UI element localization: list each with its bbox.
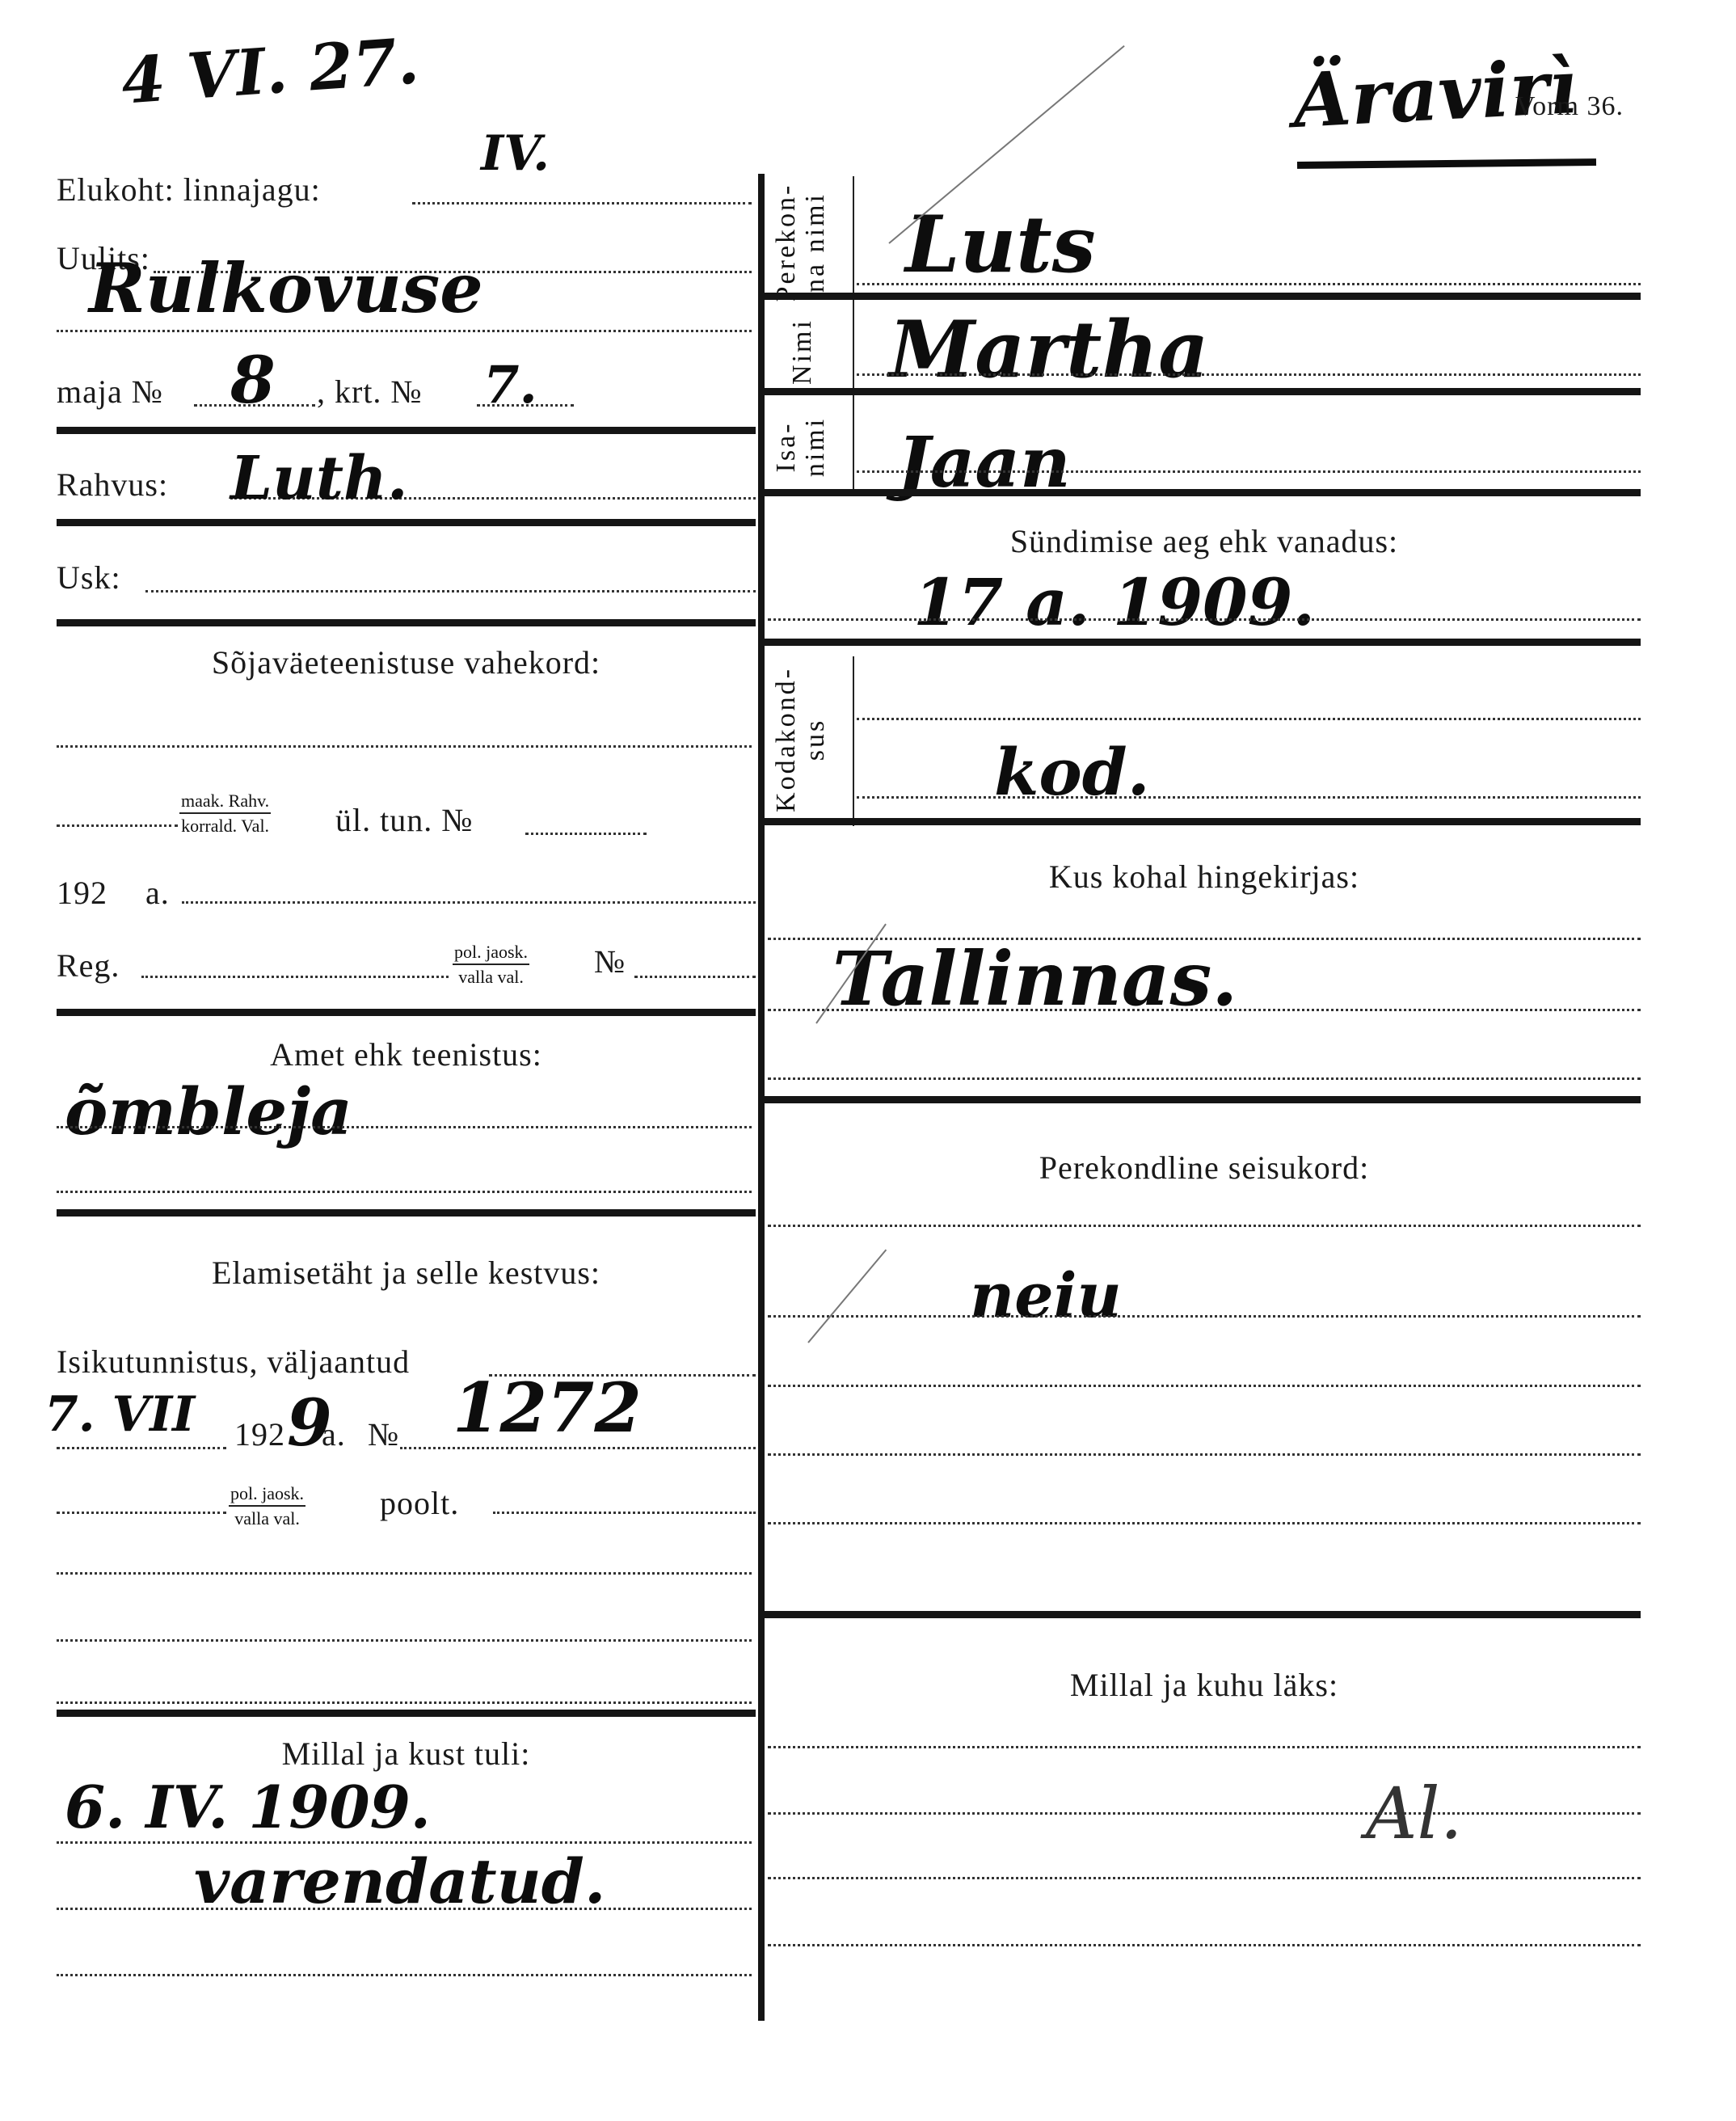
marital-line-2 xyxy=(768,1315,1641,1318)
reg-fraction-bottom: valla val. xyxy=(453,965,529,987)
usk-line xyxy=(145,590,756,592)
uulits-line-2 xyxy=(57,330,752,332)
amet-value[interactable]: õmbleja xyxy=(65,1079,352,1144)
elamiseluba-line-4 xyxy=(57,1639,752,1642)
title-underline xyxy=(1297,158,1596,169)
rule-right-2 xyxy=(764,388,1641,395)
military-ul-tun: ül. tun. № xyxy=(335,804,473,837)
name-line xyxy=(857,373,1641,376)
father-value[interactable]: Jaan xyxy=(897,428,1071,498)
krt-value[interactable]: 7. xyxy=(483,360,537,411)
name-side-label: Nimi xyxy=(788,307,817,396)
maja-value[interactable]: 8 xyxy=(230,348,276,412)
rule-left-4 xyxy=(57,1009,756,1016)
reg-line-2 xyxy=(634,976,756,978)
military-fraction-top: maak. Rahv. xyxy=(179,791,271,814)
father-line xyxy=(857,470,1641,473)
arrival-line-1 xyxy=(57,1841,752,1844)
rule-right-1 xyxy=(764,293,1641,300)
rule-right-5 xyxy=(764,818,1641,825)
poolt-fraction: pol. jaosk. valla val. xyxy=(229,1483,305,1529)
poolt-line-1 xyxy=(57,1512,226,1514)
surname-line xyxy=(857,283,1641,285)
arrival-line-3 xyxy=(57,1974,752,1976)
registry-line-3 xyxy=(768,1077,1641,1080)
birth-heading: Sündimise aeg ehk vanadus: xyxy=(768,525,1641,558)
year-line xyxy=(182,901,756,904)
maja-label: maja № xyxy=(57,376,163,408)
birth-line xyxy=(768,618,1641,621)
surname-value[interactable]: Luts xyxy=(905,206,1096,284)
isikutunnistus-label: Isikutunnistus, väljaantud xyxy=(57,1346,410,1378)
reg-fraction-top: pol. jaosk. xyxy=(453,942,529,965)
name-block-inner-divider xyxy=(853,176,854,495)
rule-right-3 xyxy=(764,489,1641,496)
marital-line-1 xyxy=(768,1225,1641,1227)
elamiseluba-line-5 xyxy=(57,1701,752,1704)
rule-left-2 xyxy=(57,519,756,526)
isikutunnistus-no-value[interactable]: 1272 xyxy=(453,1374,642,1442)
registry-line-2 xyxy=(768,1009,1641,1011)
isikutunnistus-no-label: № xyxy=(368,1419,399,1451)
citizenship-line-1 xyxy=(857,718,1641,720)
departure-line-1 xyxy=(768,1746,1641,1748)
isikutunnistus-a: a. xyxy=(322,1419,346,1451)
reg-fraction: pol. jaosk. valla val. xyxy=(453,942,529,988)
arrival-date[interactable]: 6. IV. 1909. xyxy=(65,1778,431,1836)
arrival-line-2 xyxy=(57,1908,752,1910)
rule-right-7 xyxy=(764,1611,1641,1618)
year-suffix: a. xyxy=(145,877,170,909)
usk-label: Usk: xyxy=(57,562,121,594)
military-line-1 xyxy=(57,745,752,748)
pencil-flourish-marital xyxy=(807,1249,887,1343)
citizenship-line-2 xyxy=(857,796,1641,799)
citizenship-side-label: Kodakond- sus xyxy=(772,663,829,816)
departure-line-2 xyxy=(768,1812,1641,1815)
registry-heading: Kus kohal hingekirjas: xyxy=(768,861,1641,893)
reg-line-1 xyxy=(141,976,449,978)
rule-left-5 xyxy=(57,1209,756,1217)
rule-right-4 xyxy=(764,639,1641,646)
krt-label: , krt. № xyxy=(317,376,423,408)
departure-line-3 xyxy=(768,1877,1641,1879)
reg-label: Reg. xyxy=(57,950,120,982)
rahvus-value[interactable]: Luth. xyxy=(230,449,408,508)
surname-side-label: Perekon- na nimi xyxy=(772,178,829,307)
poolt-label: poolt. xyxy=(380,1487,459,1520)
poolt-line-2 xyxy=(493,1512,756,1514)
poolt-fraction-top: pol. jaosk. xyxy=(229,1483,305,1507)
rule-right-6 xyxy=(764,1096,1641,1103)
top-date-handwritten: 4 VI. 27. xyxy=(120,30,421,114)
military-line-2b xyxy=(525,833,647,835)
form-number: Vorm 36. xyxy=(1515,93,1624,120)
year-prefix: 192 xyxy=(57,877,107,909)
departure-line-4 xyxy=(768,1944,1641,1946)
rule-left-6 xyxy=(57,1710,756,1717)
amet-heading: Amet ehk teenistus: xyxy=(57,1039,756,1071)
arrival-heading: Millal ja kust tuli: xyxy=(57,1738,756,1770)
name-value[interactable]: Martha xyxy=(889,311,1208,389)
rahvus-label: Rahvus: xyxy=(57,469,168,501)
rule-left-3 xyxy=(57,619,756,626)
elukoht-label: Elukoht: linnajagu: xyxy=(57,174,321,206)
elukoht-line xyxy=(412,202,752,205)
amet-line-2 xyxy=(57,1191,752,1193)
isikutunnistus-date[interactable]: 7. VII xyxy=(44,1390,195,1439)
marital-line-3 xyxy=(768,1385,1641,1387)
reg-no: № xyxy=(594,946,626,978)
uulits-value[interactable]: Rulkovuse xyxy=(89,255,483,323)
military-heading: Sõjaväeteenistuse vahekord: xyxy=(57,647,756,679)
arrival-place[interactable]: varendatud. xyxy=(194,1851,605,1912)
citizenship-value[interactable]: kod. xyxy=(994,740,1150,804)
military-line-2a xyxy=(57,824,178,827)
departure-mark[interactable]: Al. xyxy=(1366,1778,1463,1849)
registry-value[interactable]: Tallinnas. xyxy=(832,942,1237,1016)
father-side-label: Isa- nimi xyxy=(772,403,829,491)
marital-line-5 xyxy=(768,1522,1641,1524)
marital-line-4 xyxy=(768,1453,1641,1456)
amet-line-1 xyxy=(57,1126,752,1128)
elamiseluba-line-3 xyxy=(57,1572,752,1575)
isikutunnistus-line-2a xyxy=(57,1447,226,1449)
isikutunnistus-year-print: 192 xyxy=(234,1419,285,1451)
citizenship-block-inner-divider xyxy=(853,656,854,826)
military-fraction-bottom: korrald. Val. xyxy=(179,814,271,836)
birth-value[interactable]: 17 a. 1909. xyxy=(913,570,1315,635)
marital-heading: Perekondline seisukord: xyxy=(768,1152,1641,1184)
elamiseluba-heading: Elamisetäht ja selle kestvus: xyxy=(57,1257,756,1289)
elukoht-value[interactable]: IV. xyxy=(481,129,550,178)
departure-heading: Millal ja kuhu läks: xyxy=(768,1669,1641,1701)
rule-left-1 xyxy=(57,427,756,434)
military-fraction: maak. Rahv. korrald. Val. xyxy=(179,791,271,837)
poolt-fraction-bottom: valla val. xyxy=(229,1507,305,1529)
